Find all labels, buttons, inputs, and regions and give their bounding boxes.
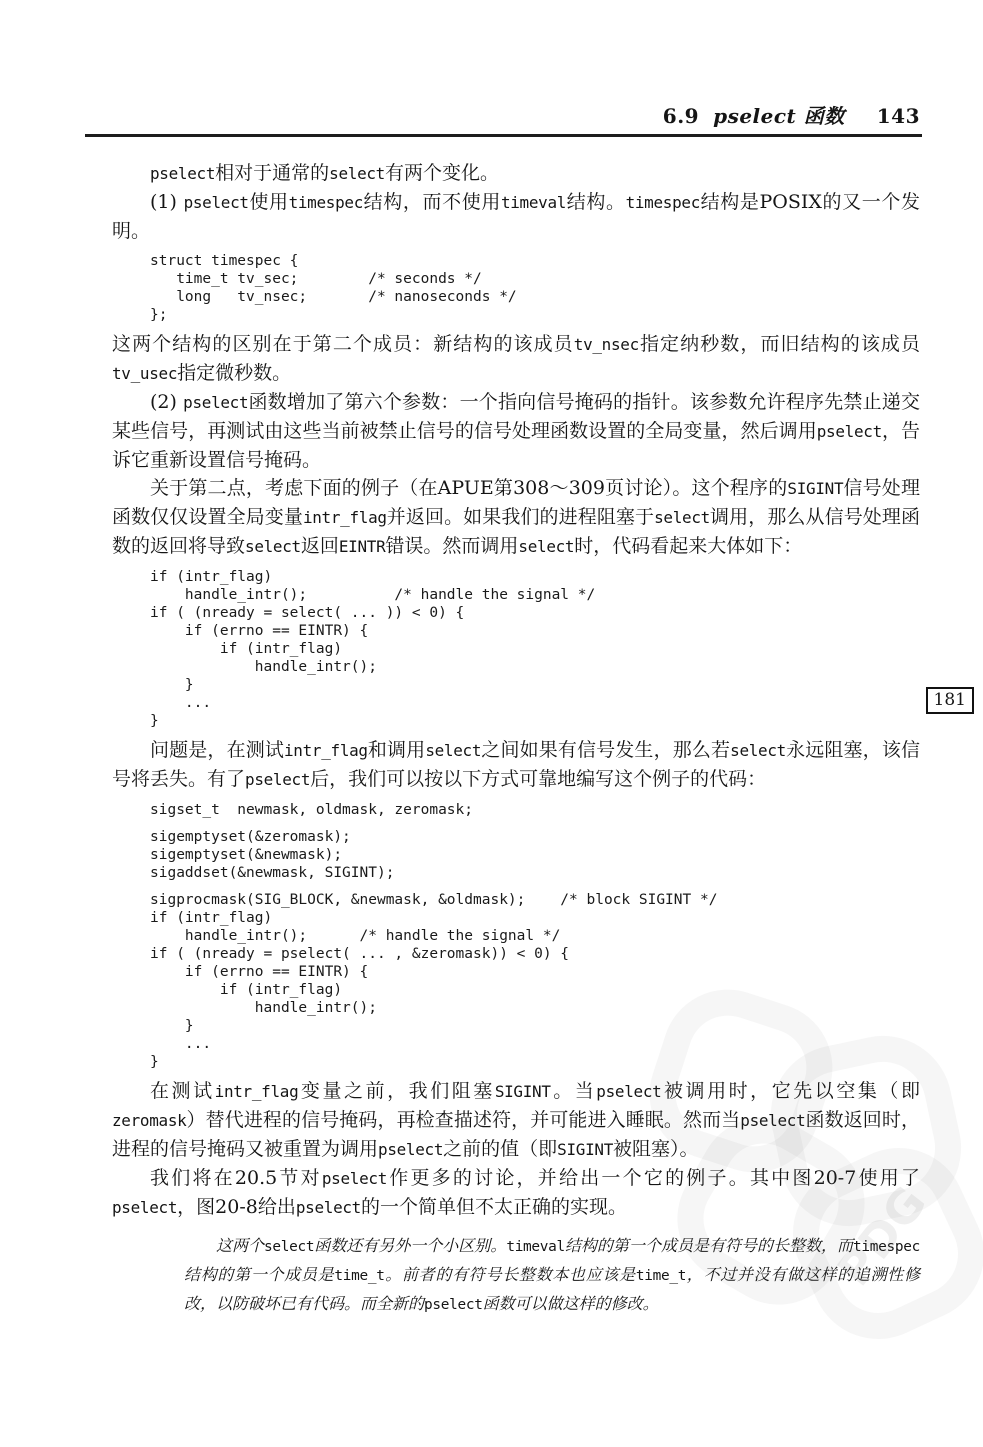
paragraph-pselect-explanation: 在测试intr_flag变量之前，我们阻塞SIGINT。当pselect被调用时… bbox=[112, 1077, 920, 1164]
header-section-title: pselect 函数 bbox=[713, 104, 845, 128]
code-block-select-example: if (intr_flag) handle_intr(); /* handle … bbox=[150, 568, 920, 730]
footnote-timeval-timespec: 这两个select函数还有另外一个小区别。timeval结构的第一个成员是有符号… bbox=[184, 1232, 920, 1319]
paragraph-struct-difference: 这两个结构的区别在于第二个成员：新结构的该成员tv_nsec指定纳秒数，而旧结构… bbox=[112, 330, 920, 388]
paragraph-intro: pselect相对于通常的select有两个变化。 bbox=[112, 159, 920, 188]
running-header: 6.9pselect 函数143 bbox=[112, 100, 920, 129]
margin-page-number: 181 bbox=[934, 690, 966, 710]
margin-page-number-box: 181 bbox=[926, 687, 974, 714]
page: 6.9pselect 函数143 pselect相对于通常的select有两个变… bbox=[0, 100, 983, 1319]
paragraph-change-1: (1) pselect使用timespec结构，而不使用timeval结构。ti… bbox=[112, 188, 920, 245]
paragraph-change-2: (2) pselect函数增加了第六个参数：一个指向信号掩码的指针。该参数允许程… bbox=[112, 388, 920, 474]
header-section-number: 6.9 bbox=[663, 104, 699, 128]
paragraph-race-problem: 问题是，在测试intr_flag和调用select之间如果有信号发生，那么若se… bbox=[112, 736, 920, 794]
paragraph-sigint-example: 关于第二点，考虑下面的例子（在APUE第308～309页讨论）。这个程序的SIG… bbox=[112, 474, 920, 561]
header-page-number: 143 bbox=[877, 104, 920, 128]
paragraph-section-205-reference: 我们将在20.5节对pselect作更多的讨论，并给出一个它的例子。其中图20-… bbox=[112, 1164, 920, 1222]
code-block-timespec-struct: struct timespec { time_t tv_sec; /* seco… bbox=[150, 252, 920, 324]
code-block-pselect-example: sigset_t newmask, oldmask, zeromask;sige… bbox=[150, 801, 920, 1071]
header-rule bbox=[85, 134, 922, 137]
